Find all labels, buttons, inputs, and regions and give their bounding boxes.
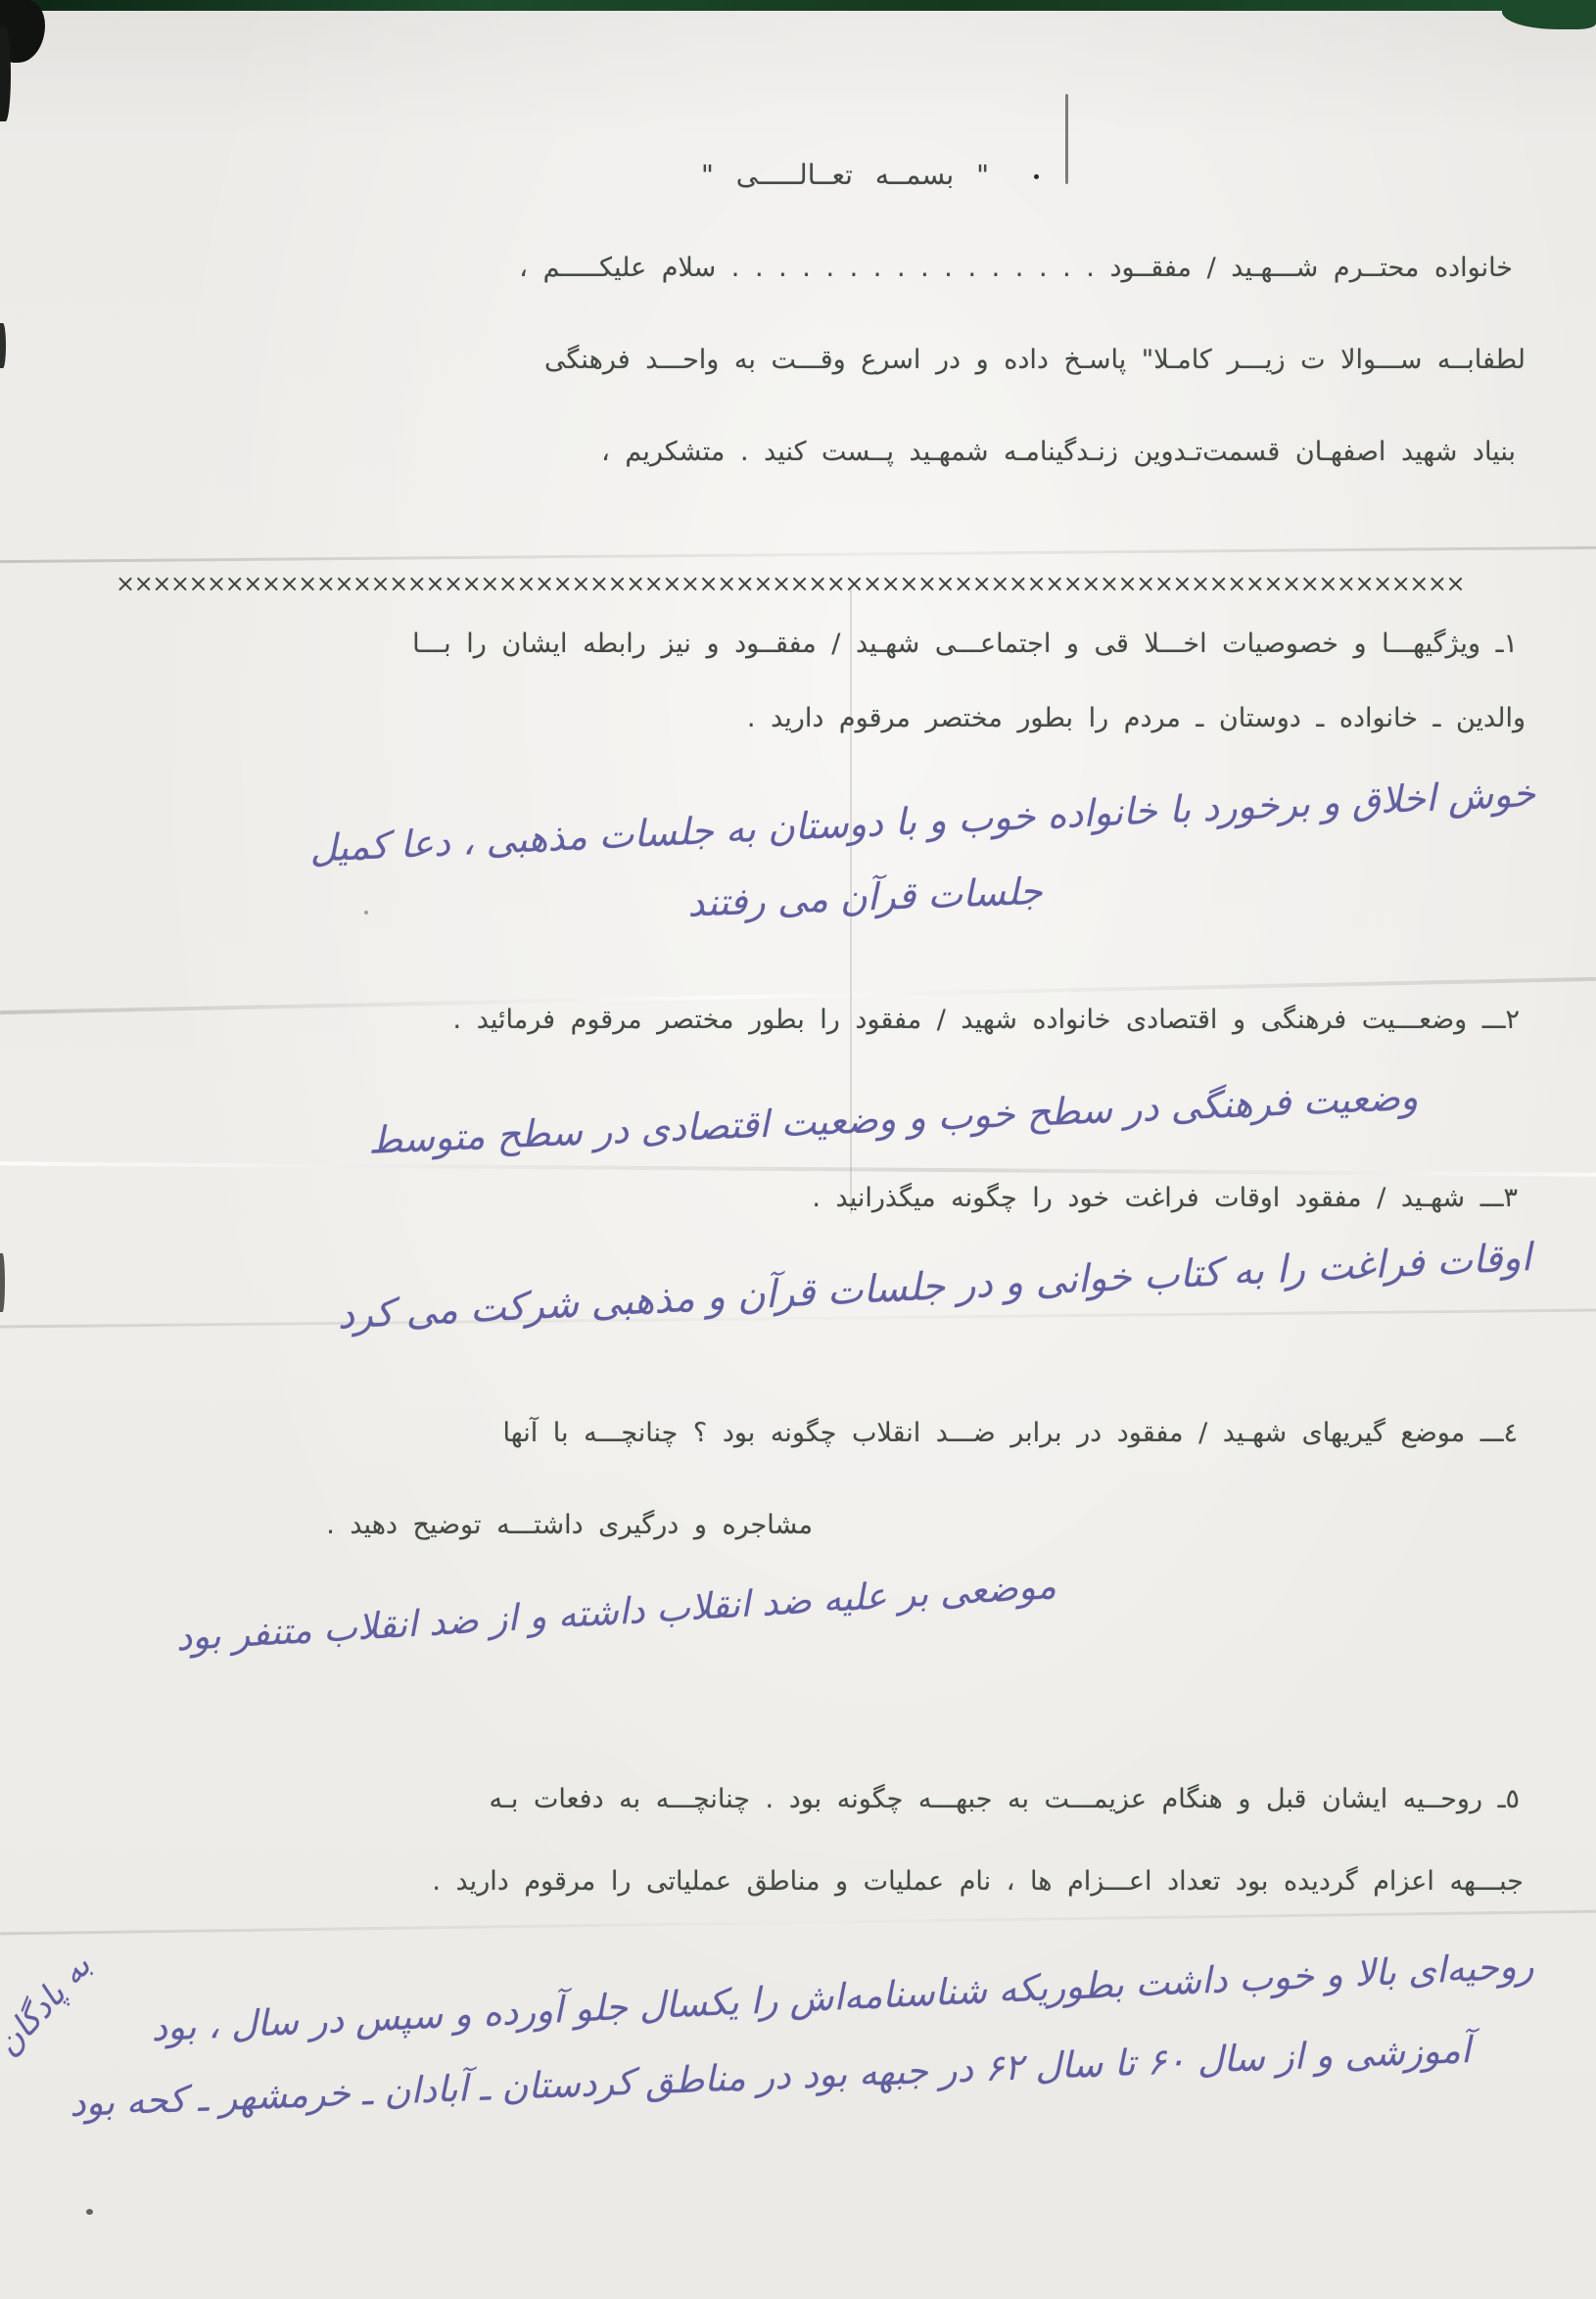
scan-corner-patch-top-right	[1502, 0, 1596, 29]
fold-line-bottom	[0, 1910, 1596, 1936]
question-4-line-2: مشاجره و درگیری داشتـــه توضیح دهید .	[326, 1510, 813, 1540]
question-3-answer-line-1: اوقات فراغت را به کتاب خوانی و در جلسات …	[336, 1236, 1532, 1338]
intro-line-2: لطفابــه ســـوالا ت زیـــر کامـلا" پاسـخ…	[544, 345, 1526, 375]
question-2-line-1: ۲ـــ وضعـــیت فرهنگی و اقتصادی خانواده ش…	[453, 1005, 1520, 1035]
question-1-line-2: والدین ـ خانواده ـ دوستان ـ مردم را بطور…	[747, 703, 1526, 733]
question-1-answer-line-1: خوش اخلاق و برخورد با خانواده خوب و با د…	[308, 772, 1536, 870]
scan-edge-left-mark-2	[0, 323, 6, 368]
intro-line-3: بنیاد شهید اصفهـان قسمت‌تـدوین زنـدگینام…	[601, 437, 1516, 467]
question-2-answer-line-1: وضعیت فرهنگی در سطح خوب و وضعیت اقتصادی …	[367, 1075, 1419, 1162]
scan-edge-left-mark-3	[0, 1253, 5, 1312]
crease-mark-vertical	[1065, 94, 1068, 184]
scanned-questionnaire-page: { "header": { "bismillah": "\" بسمــه تع…	[0, 0, 1596, 2299]
x-separator-row: ××××××××××××××××××××××××××××××××××××××××…	[116, 570, 1516, 597]
intro-line-1: خانواده محتــرم شـــهـید / مفقــود . . .…	[519, 253, 1513, 283]
question-5-line-1: ٥ـ روحــیه ایشان قبل و هنگام عزیمـــت به…	[490, 1784, 1520, 1814]
question-1-answer-line-2: جلسات قرآن می رفتند	[687, 869, 1044, 925]
question-1-line-1: ۱ـ ویژگیهـــا و خصوصیات اخـــلا قی و اجت…	[412, 629, 1518, 659]
fold-line-bright	[0, 1161, 1596, 1176]
question-4-line-1: ٤ـــ موضع گیریهای شهـید / مفقود در برابر…	[503, 1418, 1518, 1448]
question-5-answer-margin-note: به پادگان	[0, 1947, 99, 2064]
ink-speck	[364, 911, 368, 915]
question-3-line-1: ۳ـــ شهـید / مفقود اوقات فراغت خود را چگ…	[812, 1183, 1518, 1213]
ink-speck	[1034, 174, 1039, 179]
ink-speck	[86, 2209, 93, 2215]
question-5-line-2: جبـــهه اعزام گردیده بود تعداد اعـــزام …	[432, 1866, 1524, 1897]
fold-line-upper	[0, 546, 1596, 563]
bismillah-header: " بسمــه تعــالـــــی "	[701, 159, 989, 191]
question-4-answer-line-1: موضعی بر علیه ضد انقلاب داشته و از ضد ان…	[174, 1565, 1056, 1659]
scan-edge-top-strip	[0, 0, 1596, 11]
scan-edge-left-mark-1	[0, 27, 11, 121]
